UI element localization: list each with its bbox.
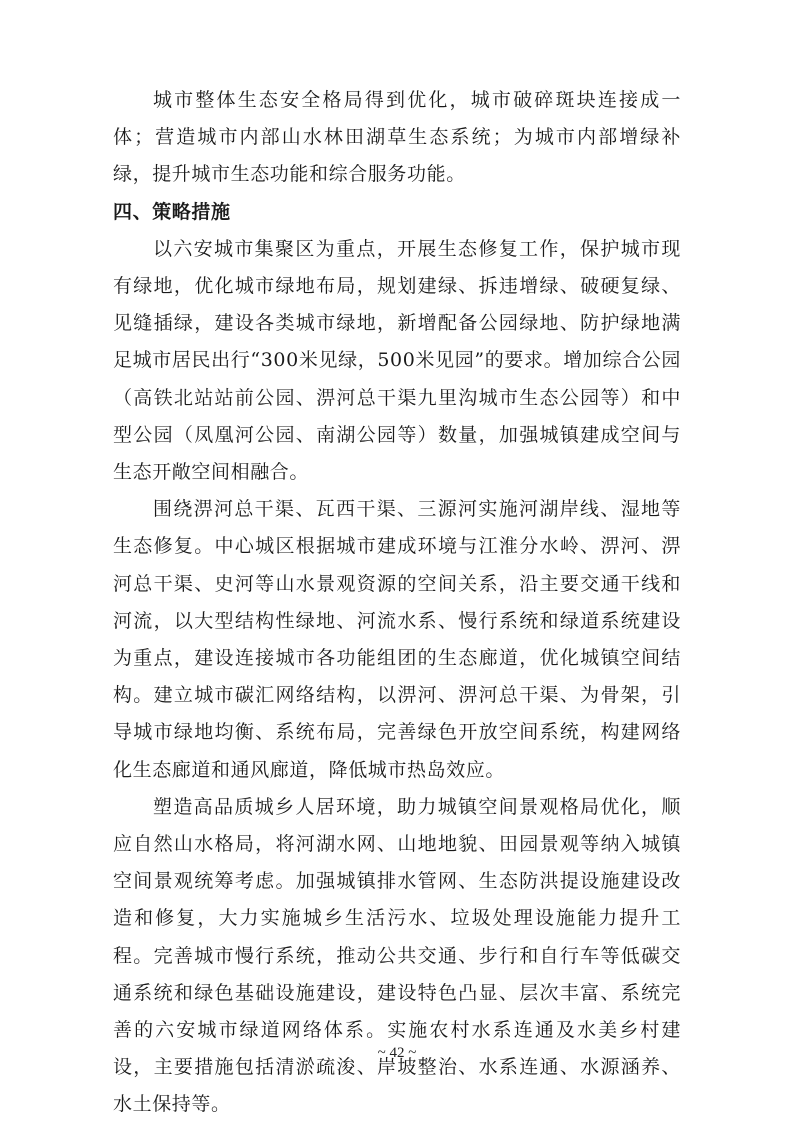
paragraph-green-space: 以六安城市集聚区为重点，开展生态修复工作，保护城市现有绿地，优化城市绿地布局，规…	[113, 231, 681, 491]
document-page: 城市整体生态安全格局得到优化，城市破碎斑块连接成一体；营造城市内部山水林田湖草生…	[113, 82, 681, 1122]
section-heading: 四、策略措施	[113, 194, 681, 231]
paragraph-living-environment: 塑造高品质城乡人居环境，助力城镇空间景观格局优化，顺应自然山水格局，将河湖水网、…	[113, 789, 681, 1122]
paragraph-ecological-corridor: 围绕淠河总干渠、瓦西干渠、三源河实施河湖岸线、湿地等生态修复。中心城区根据城市建…	[113, 491, 681, 789]
paragraph-intro: 城市整体生态安全格局得到优化，城市破碎斑块连接成一体；营造城市内部山水林田湖草生…	[113, 82, 681, 194]
page-number: ~ 42 ~	[0, 1045, 794, 1062]
